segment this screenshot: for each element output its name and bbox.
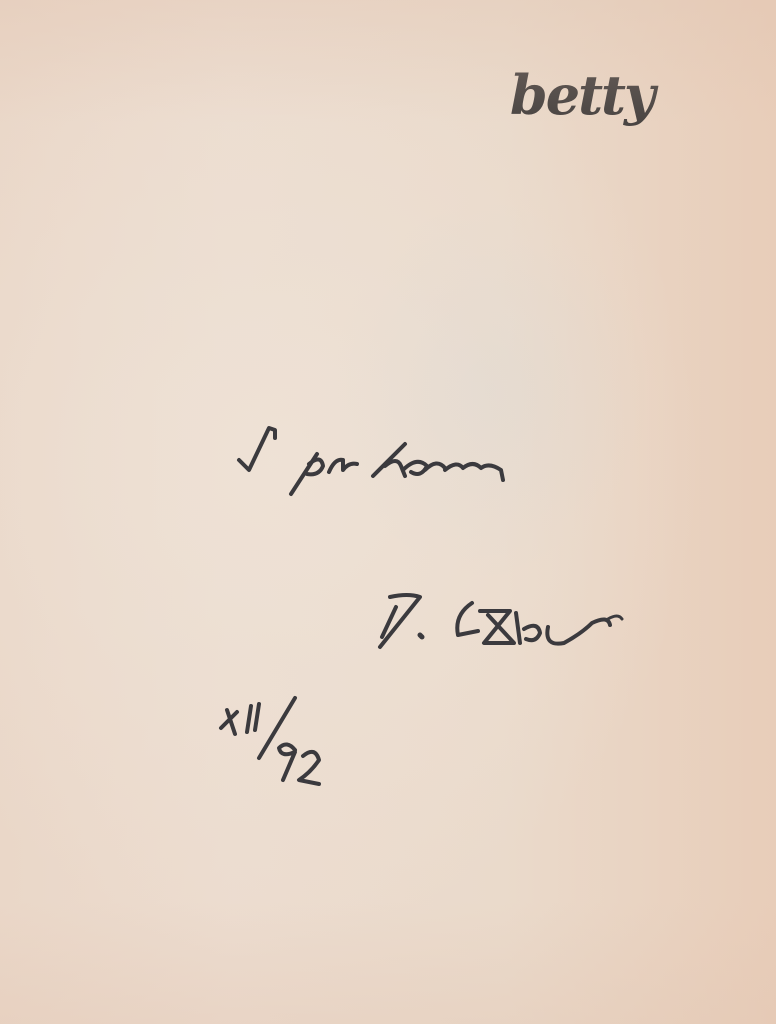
publisher-logo: betty [510,68,653,122]
dedication-strokes [225,420,525,510]
date-strokes [215,690,345,790]
book-page: betty S podravem D. Lžbov XII/92 [0,0,776,1024]
handwritten-date: XII/92 [215,690,345,790]
handwritten-signature: D. Lžbov [360,585,660,665]
signature-strokes [360,585,660,665]
bleed-through-text [330,200,650,580]
handwritten-dedication: S podravem [225,420,525,510]
